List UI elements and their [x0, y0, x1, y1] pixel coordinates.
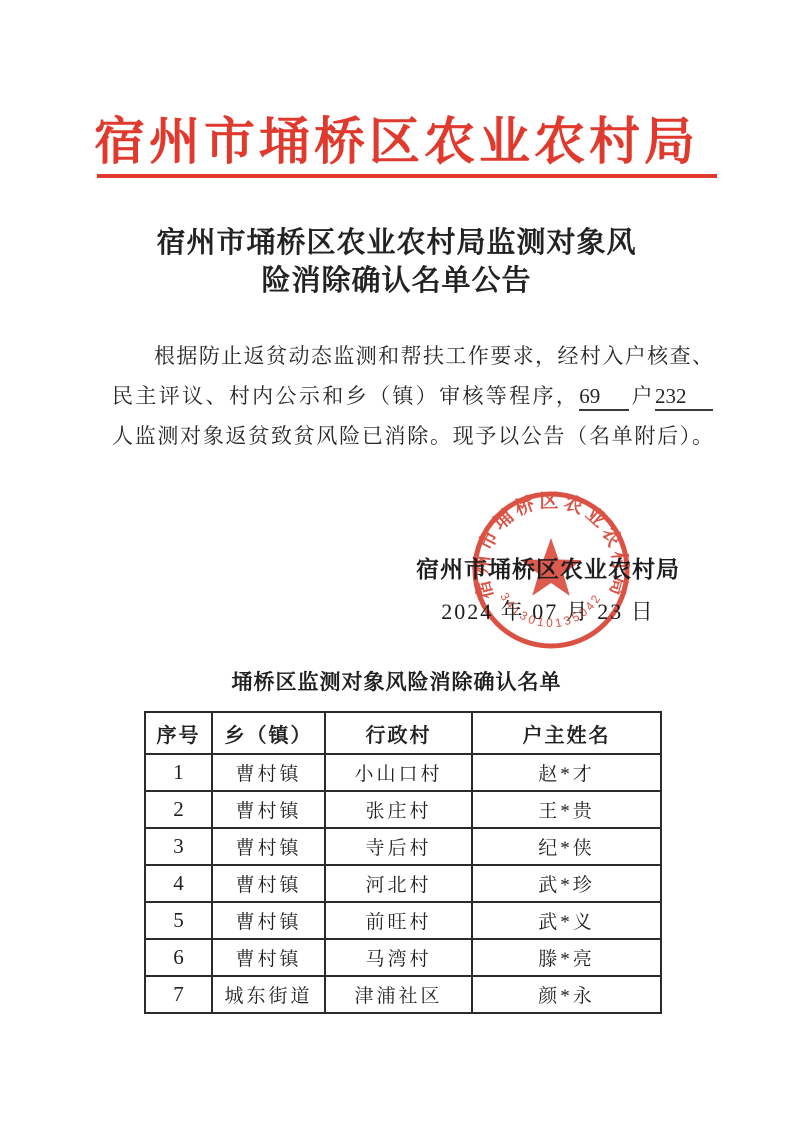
row-householder: 纪*侠 — [472, 828, 661, 865]
row-village: 前旺村 — [325, 902, 472, 939]
table-row: 6 曹村镇 马湾村 滕*亮 — [145, 939, 661, 976]
row-index: 3 — [145, 828, 212, 865]
row-householder: 滕*亮 — [472, 939, 661, 976]
row-village: 小山口村 — [325, 754, 472, 791]
row-township: 曹村镇 — [212, 865, 325, 902]
row-index: 2 — [145, 791, 212, 828]
row-householder: 武*珍 — [472, 865, 661, 902]
household-count-value: 69 — [579, 383, 629, 411]
masthead-rule — [97, 174, 717, 178]
table-row: 5 曹村镇 前旺村 武*义 — [145, 902, 661, 939]
roster-header-row: 序号 乡（镇） 行政村 户主姓名 — [145, 712, 661, 754]
body-line-2: 民主评议、村内公示和乡（镇）审核等程序，69户232 — [112, 376, 713, 416]
row-village: 张庄村 — [325, 791, 472, 828]
row-householder: 王*贵 — [472, 791, 661, 828]
row-householder: 颜*永 — [472, 976, 661, 1013]
row-township: 曹村镇 — [212, 828, 325, 865]
body-line-3: 人监测对象返贫致贫风险已消除。现予以公告（名单附后）。 — [112, 416, 713, 456]
announcement-title: 宿州市埇桥区农业农村局监测对象风 险消除确认名单公告 — [0, 224, 793, 300]
header-householder: 户主姓名 — [472, 712, 661, 754]
body-line-2-prefix: 民主评议、村内公示和乡（镇）审核等程序， — [112, 384, 579, 408]
person-count-value: 232 — [655, 383, 713, 411]
roster-table: 序号 乡（镇） 行政村 户主姓名 1 曹村镇 小山口村 赵*才 2 曹村镇 张庄… — [144, 711, 662, 1014]
signature-org: 宿州市埇桥区农业农村局 — [379, 551, 717, 584]
row-index: 4 — [145, 865, 212, 902]
row-township: 城东街道 — [212, 976, 325, 1013]
row-village: 津浦社区 — [325, 976, 472, 1013]
body-line-2-mid: 户 — [629, 384, 655, 408]
header-index: 序号 — [145, 712, 212, 754]
row-village: 河北村 — [325, 865, 472, 902]
announcement-title-line2: 险消除确认名单公告 — [0, 262, 793, 300]
table-row: 7 城东街道 津浦社区 颜*永 — [145, 976, 661, 1013]
table-row: 1 曹村镇 小山口村 赵*才 — [145, 754, 661, 791]
row-householder: 赵*才 — [472, 754, 661, 791]
header-village: 行政村 — [325, 712, 472, 754]
row-township: 曹村镇 — [212, 902, 325, 939]
roster-table-title: 埇桥区监测对象风险消除确认名单 — [0, 666, 793, 696]
table-row: 2 曹村镇 张庄村 王*贵 — [145, 791, 661, 828]
row-township: 曹村镇 — [212, 939, 325, 976]
announcement-title-line1: 宿州市埇桥区农业农村局监测对象风 — [0, 224, 793, 262]
body-line-1: 根据防止返贫动态监测和帮扶工作要求，经村入户核查、 — [112, 336, 713, 376]
agency-masthead-title: 宿州市埇桥区农业农村局 — [0, 100, 793, 174]
document-page: 宿州市埇桥区农业农村局 宿州市埇桥区农业农村局监测对象风 险消除确认名单公告 根… — [0, 0, 793, 1121]
row-index: 6 — [145, 939, 212, 976]
table-row: 4 曹村镇 河北村 武*珍 — [145, 865, 661, 902]
signature-block: 宿州市埇桥区农业农村局 2024 年 07 月 23 日 — [379, 551, 717, 626]
table-row: 3 曹村镇 寺后村 纪*侠 — [145, 828, 661, 865]
row-householder: 武*义 — [472, 902, 661, 939]
row-township: 曹村镇 — [212, 754, 325, 791]
row-index: 1 — [145, 754, 212, 791]
row-index: 5 — [145, 902, 212, 939]
signature-date: 2024 年 07 月 23 日 — [379, 595, 717, 626]
header-township: 乡（镇） — [212, 712, 325, 754]
announcement-body: 根据防止返贫动态监测和帮扶工作要求，经村入户核查、 民主评议、村内公示和乡（镇）… — [112, 336, 713, 456]
row-village: 寺后村 — [325, 828, 472, 865]
row-index: 7 — [145, 976, 212, 1013]
row-township: 曹村镇 — [212, 791, 325, 828]
row-village: 马湾村 — [325, 939, 472, 976]
